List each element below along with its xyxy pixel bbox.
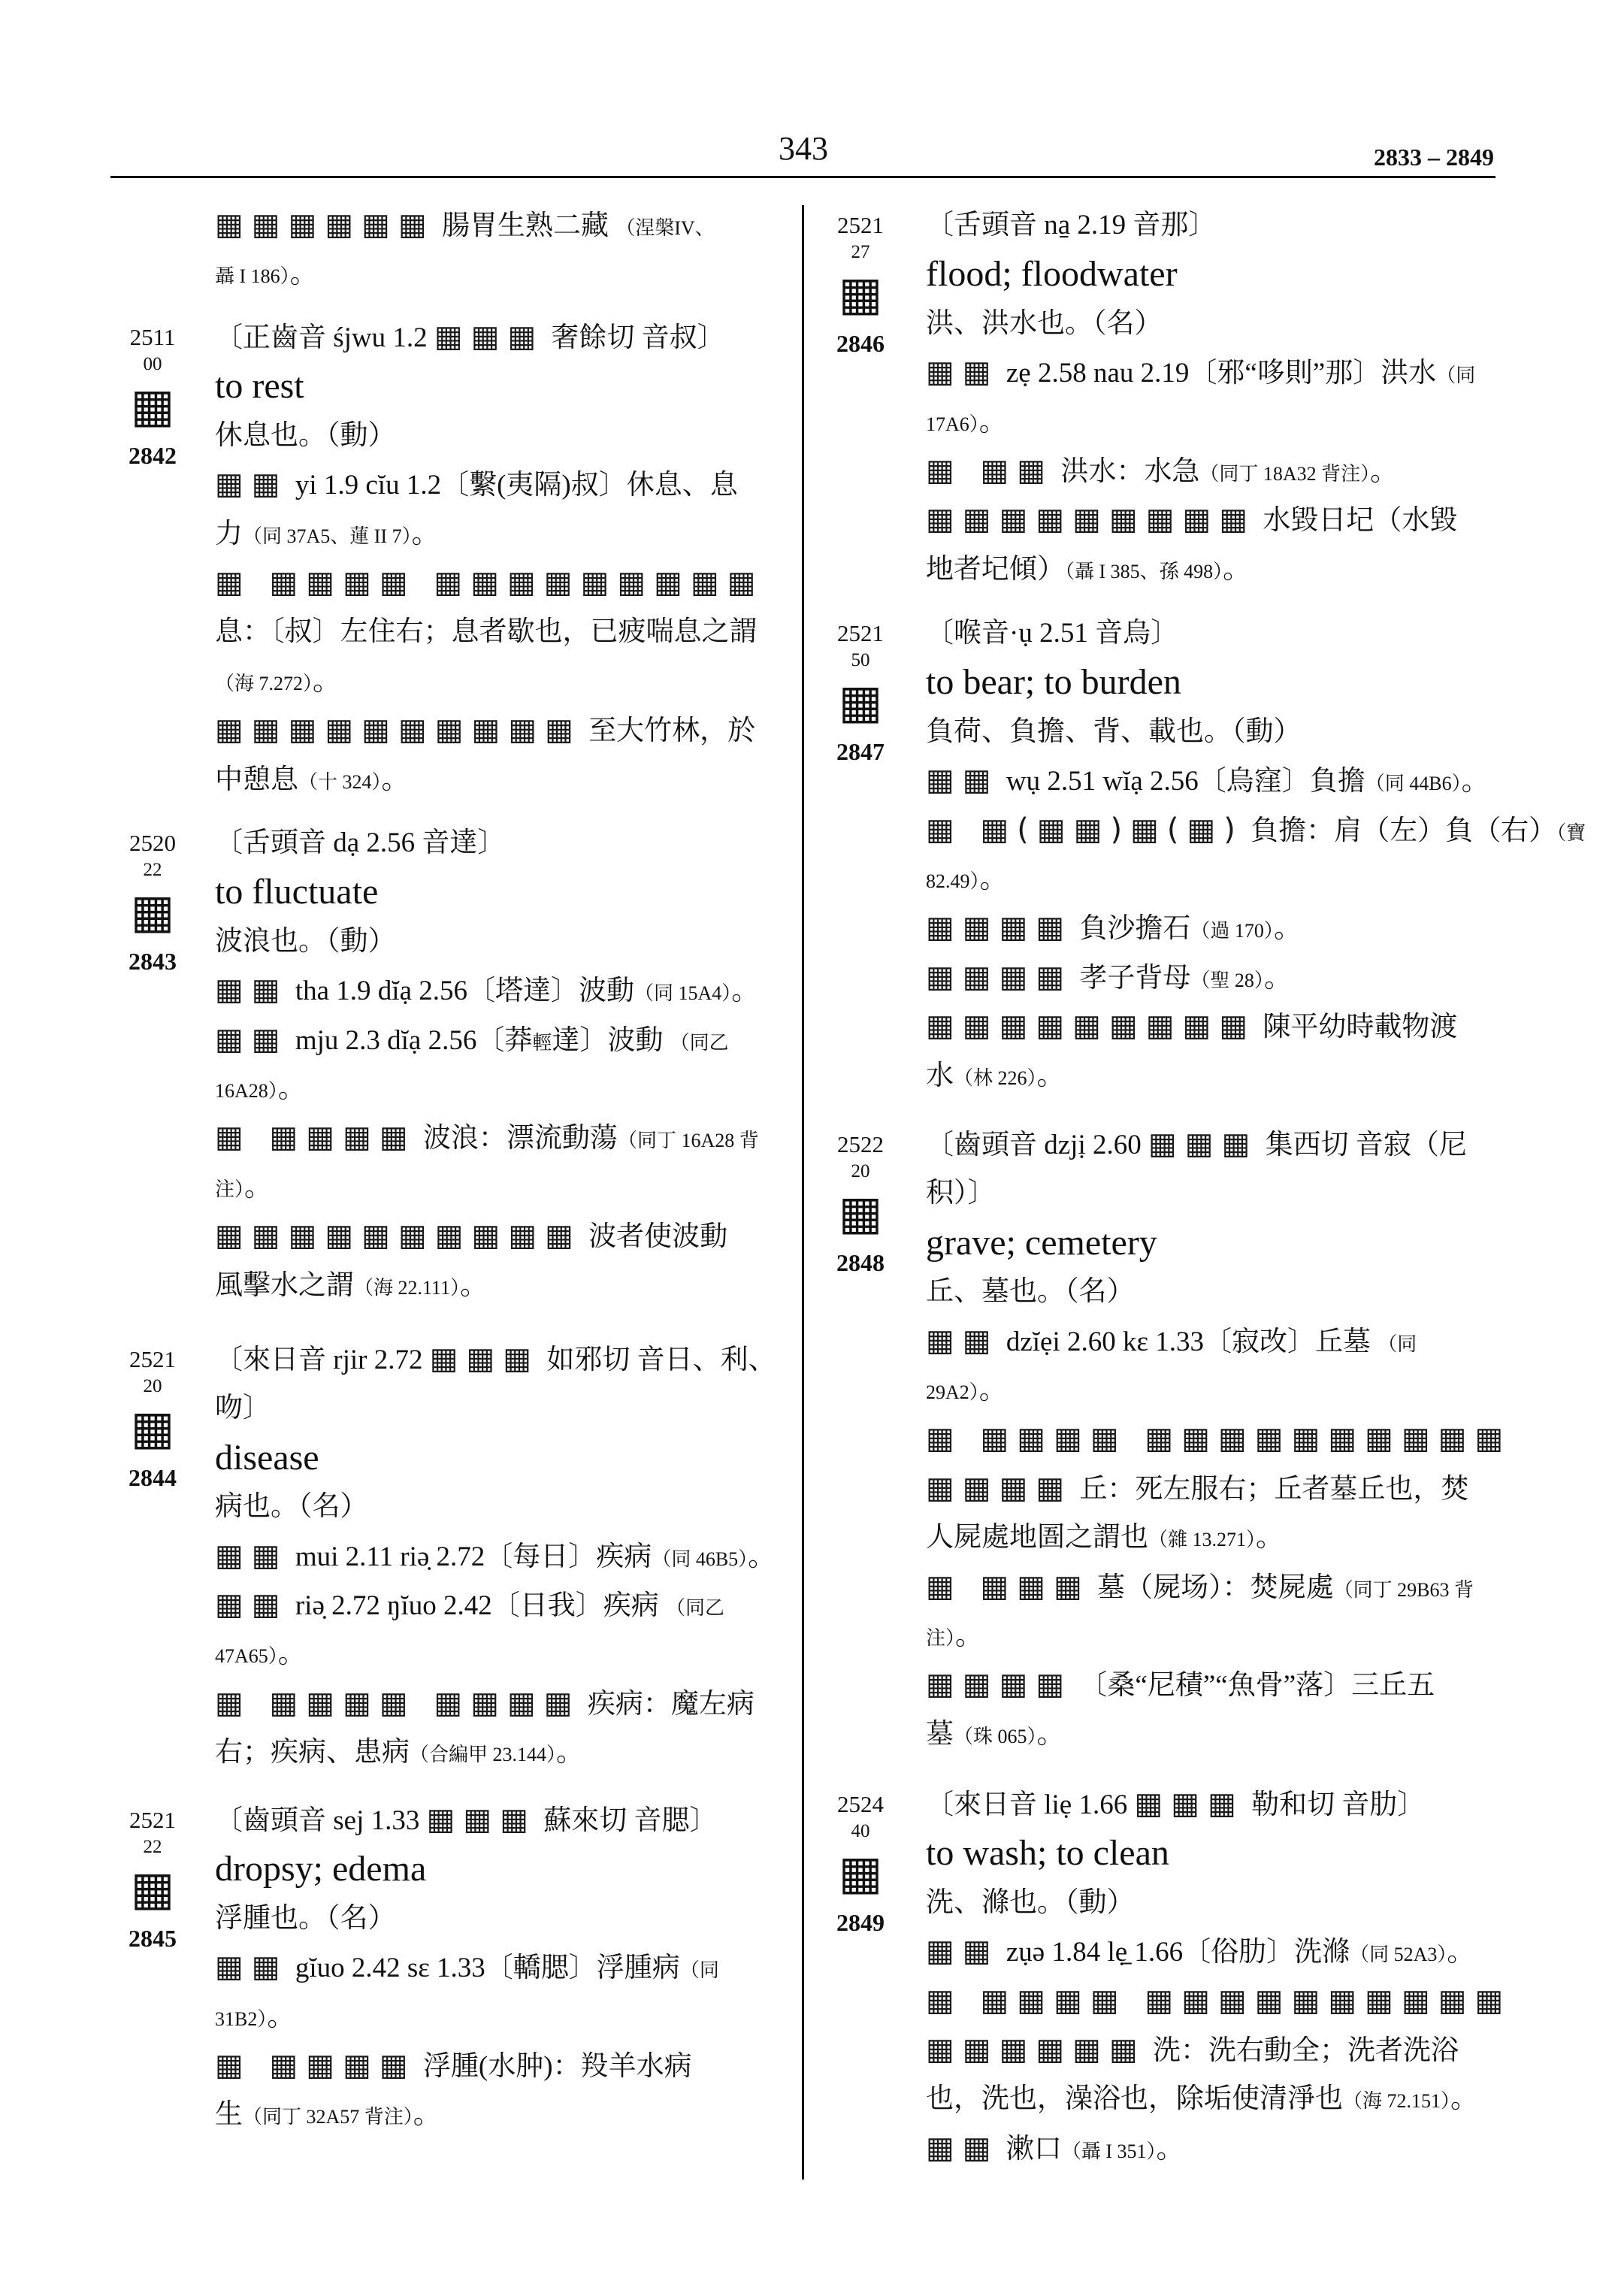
entry-line: ▦ ▦▦▦▦ ▦▦▦▦▦▦▦▦▦▦ bbox=[926, 1414, 1505, 1463]
chinese-text: 洪水：水急 bbox=[1054, 456, 1199, 487]
entry-line: 休息也。（動） bbox=[215, 411, 794, 460]
entry-margin: 2521 50 ▦ 2847 bbox=[823, 619, 898, 769]
tangut-text: ▦▦ bbox=[926, 2131, 1000, 2165]
entry-margin: 2521 20 ▦ 2844 bbox=[115, 1345, 190, 1495]
chinese-text: riə̣ 2.72 ŋĭuo 2.42〔日我〕疾病 bbox=[289, 1590, 666, 1621]
chinese-text: 至大竹林，於 bbox=[582, 715, 755, 746]
chinese-text: 力 bbox=[215, 519, 243, 549]
citation: 16A28） bbox=[215, 1080, 278, 1102]
entry-line: 〔正齒音 śjwu 1.2 ▦▦▦ 奢餘切 音叔〕 bbox=[215, 313, 794, 362]
chinese-text: 洪、洪水也。（名） bbox=[926, 308, 1163, 339]
chinese-text: 波者使波動 bbox=[582, 1221, 727, 1252]
chinese-text: dzĭẹi 2.60 kɛ 1.33〔寂改〕丘墓 bbox=[1000, 1327, 1378, 1357]
headword-glyph: ▦ bbox=[823, 1843, 898, 1903]
entry-line: ▦▦▦▦ 丘：死左服右；丘者墓丘也，焚 bbox=[926, 1464, 1505, 1513]
entry-margin: 2511 00 ▦ 2842 bbox=[115, 322, 190, 473]
entry-line: 〔喉音·ụ 2.51 音烏〕 bbox=[926, 609, 1505, 658]
citation: （雜 13.271） bbox=[1148, 1529, 1256, 1550]
dictionary-entry: 〔齒頭音 dzjị 2.60 ▦▦▦ 集西切 音寂（尼 积）〕 grave; c… bbox=[926, 1120, 1505, 1759]
citation: 17A6） bbox=[926, 413, 979, 435]
entry-line: ▦▦▦▦▦▦▦▦▦ 陳平幼時載物渡 bbox=[926, 1002, 1505, 1051]
entry-line: 波浪也。（動） bbox=[215, 917, 794, 966]
citation: 注） bbox=[926, 1627, 955, 1649]
tangut-text: ▦▦▦▦▦▦▦▦▦▦ bbox=[215, 712, 582, 747]
tangut-text: ▦▦ bbox=[215, 1587, 289, 1622]
entry-line: grave; cemetery bbox=[926, 1218, 1505, 1267]
tangut-text: ▦▦ bbox=[215, 1022, 289, 1057]
citation: 29A2） bbox=[926, 1381, 979, 1403]
entry-line: ▦▦▦▦▦▦▦▦▦ 水毀日圮（水毀 bbox=[926, 495, 1505, 544]
chinese-text: 休息也。（動） bbox=[215, 420, 396, 451]
tangut-text: ▦▦ bbox=[215, 1950, 289, 1984]
entry-line: to fluctuate bbox=[215, 867, 794, 916]
entry-number: 2849 bbox=[823, 1907, 898, 1938]
chinese-text: tha 1.9 dĭạ 2.56〔塔達〕波動 bbox=[289, 976, 634, 1006]
citation: （同 44B6） bbox=[1365, 773, 1462, 794]
english-gloss: dropsy; edema bbox=[215, 1849, 426, 1889]
tangut-text: ▦▦▦▦▦▦ bbox=[926, 2032, 1146, 2067]
tangut-text: ▦▦▦▦▦▦▦▦▦ bbox=[926, 1009, 1256, 1043]
chinese-text: 腸胃生熟二藏 bbox=[435, 210, 616, 241]
dictionary-entry: 〔來日音 rjir 2.72 ▦▦▦ 如邪切 音日、利、 吻〕 disease … bbox=[215, 1335, 794, 1777]
index-code: 2520 bbox=[115, 828, 190, 858]
entry-line: 浮腫也。（名） bbox=[215, 1894, 794, 1943]
chinese-text: 孝子背母 bbox=[1072, 963, 1190, 994]
chinese-text: 。 bbox=[1450, 2083, 1478, 2114]
chinese-text: 。 bbox=[731, 976, 759, 1006]
entry-line: 82.49）。 bbox=[926, 855, 1505, 903]
entry-line: 也，洗也，澡浴也，除垢使清淨也（海 72.151）。 bbox=[926, 2074, 1505, 2123]
entry-line: 29A2）。 bbox=[926, 1366, 1505, 1414]
entry-line: ▦▦▦▦▦▦▦▦▦▦ 波者使波動 bbox=[215, 1212, 794, 1260]
citation: （同丁 16A28 背 bbox=[618, 1130, 759, 1151]
headword-glyph: ▦ bbox=[115, 1398, 190, 1458]
entry-line: 人屍處地圄之謂也（雜 13.271）。 bbox=[926, 1513, 1505, 1562]
chinese-text: 地者圮傾） bbox=[926, 554, 1065, 585]
tangut-text: ▦▦▦ bbox=[430, 1342, 540, 1376]
citation: （過 170） bbox=[1190, 920, 1274, 942]
tangut-text: ▦ ▦▦▦▦ ▦▦▦▦▦▦▦▦▦▦ bbox=[926, 1421, 1511, 1456]
index-code: 2511 bbox=[115, 322, 190, 352]
chinese-text: 浮腫(水肿)：羖羊水病 bbox=[416, 2051, 692, 2082]
column-divider bbox=[802, 205, 804, 2180]
citation: （同乙 bbox=[666, 1597, 724, 1619]
tangut-text: ▦▦▦ bbox=[434, 319, 544, 354]
chinese-text: 息：〔叔〕左住右；息者歇也，已疲喘息之謂 bbox=[215, 616, 758, 647]
entry-line: ▦▦ yi 1.9 cĭu 1.2〔繫(夷隔)叔〕休息、息 bbox=[215, 460, 794, 509]
sub-code: 20 bbox=[115, 1375, 190, 1398]
entry-number: 2847 bbox=[823, 737, 898, 767]
entry-line: ▦▦▦▦▦▦▦▦▦▦ 至大竹林，於 bbox=[215, 706, 794, 755]
entry-line: ▦▦ wụ 2.51 wĭạ 2.56〔烏窪〕負擔（同 44B6）。 bbox=[926, 756, 1505, 805]
tangut-text: ▦▦▦ bbox=[1148, 1127, 1258, 1161]
chinese-text: 。 bbox=[979, 1375, 1007, 1405]
entry-line: 吻〕 bbox=[215, 1384, 794, 1432]
chinese-text: 。 bbox=[278, 1638, 306, 1669]
entry-line: 風擊水之謂（海 22.111）。 bbox=[215, 1261, 794, 1310]
chinese-text: 。 bbox=[1264, 963, 1292, 994]
chinese-text: 。 bbox=[1447, 1937, 1474, 1968]
english-gloss: disease bbox=[215, 1438, 319, 1478]
tangut-text: ▦▦ bbox=[926, 763, 1000, 797]
citation: （聶 I 385、孫 498） bbox=[1065, 561, 1223, 582]
citation: （合編甲 23.144） bbox=[410, 1744, 556, 1765]
headword-glyph: ▦ bbox=[823, 672, 898, 732]
entry-line: 31B2）。 bbox=[215, 1992, 794, 2041]
dictionary-entry: 〔齒頭音 sej 1.33 ▦▦▦ 蘇來切 音腮〕 dropsy; edema … bbox=[215, 1795, 794, 2140]
chinese-text: 漱口 bbox=[1000, 2134, 1062, 2165]
citation: （同 bbox=[1436, 365, 1475, 386]
english-gloss: grave; cemetery bbox=[926, 1223, 1157, 1263]
citation: （同丁 18A32 背注） bbox=[1199, 463, 1370, 485]
tangut-text: ▦▦ bbox=[215, 1538, 289, 1573]
sub-code: 22 bbox=[115, 859, 190, 882]
citation: （十 324） bbox=[298, 771, 382, 793]
chinese-text: 〔舌頭音 na̱ 2.19 音那〕 bbox=[926, 210, 1216, 241]
entry-line: 17A6）。 bbox=[926, 398, 1505, 446]
entry-line: 水（林 226）。 bbox=[926, 1051, 1505, 1100]
entry-margin: 2521 22 ▦ 2845 bbox=[115, 1805, 190, 1956]
entry-line: 〔來日音 liẹ 1.66 ▦▦▦ 勒和切 音肋〕 bbox=[926, 1780, 1505, 1829]
chinese-text: zẹ 2.58 nau 2.19〔邪“哆則”那〕洪水 bbox=[1000, 358, 1437, 389]
citation: （同丁 29B63 背 bbox=[1334, 1579, 1474, 1601]
chinese-text: 。 bbox=[556, 1737, 584, 1768]
tangut-text: ▦ ▦▦ bbox=[926, 453, 1054, 488]
entry-line: 16A28）。 bbox=[215, 1064, 794, 1113]
tangut-text: ▦ ▦▦▦ bbox=[926, 1569, 1090, 1604]
headword-glyph: ▦ bbox=[823, 264, 898, 324]
dictionary-entry: 〔舌頭音 dạ 2.56 音達〕 to fluctuate 波浪也。（動） ▦▦… bbox=[215, 818, 794, 1310]
headword-glyph: ▦ bbox=[115, 1859, 190, 1919]
citation: （同 52A3） bbox=[1350, 1944, 1447, 1965]
entry-line: to wash; to clean bbox=[926, 1829, 1505, 1877]
chinese-text: 丘、墓也。（名） bbox=[926, 1276, 1135, 1307]
entry-margin: 2524 40 ▦ 2849 bbox=[823, 1789, 898, 1940]
chinese-text: mju 2.3 dĭạ 2.56〔莽 bbox=[289, 1025, 533, 1056]
tangut-text: ▦▦▦▦ bbox=[926, 1471, 1072, 1505]
english-gloss: to fluctuate bbox=[215, 872, 378, 912]
chinese-text: 〔齒頭音 dzjị 2.60 bbox=[926, 1130, 1148, 1160]
entry-line: ▦▦▦▦ 〔桑“尼積”“魚骨”落〕三丘五 bbox=[926, 1660, 1505, 1709]
chinese-text: gĭuo 2.42 sɛ 1.33〔轎腮〕浮腫病 bbox=[289, 1953, 680, 1983]
dictionary-entry: 〔正齒音 śjwu 1.2 ▦▦▦ 奢餘切 音叔〕 to rest 休息也。（動… bbox=[215, 313, 794, 804]
chinese-text: zụə 1.84 lẹ̱ 1.66〔俗肋〕洗滌 bbox=[1000, 1937, 1350, 1968]
entry-range: 2833 – 2849 bbox=[1374, 145, 1494, 169]
chinese-text: 。 bbox=[748, 1541, 776, 1572]
index-code: 2521 bbox=[115, 1345, 190, 1375]
english-gloss: flood; floodwater bbox=[926, 254, 1178, 294]
english-gloss: to wash; to clean bbox=[926, 1833, 1169, 1873]
entry-line: 聶 I 186）。 bbox=[215, 250, 794, 298]
citation: （同 bbox=[1378, 1333, 1417, 1355]
entry-line: ▦ ▦▦ 洪水：水急（同丁 18A32 背注）。 bbox=[926, 446, 1505, 495]
entry-line: 丘、墓也。（名） bbox=[926, 1267, 1505, 1316]
chinese-text: 負擔：肩（左）負（右） bbox=[1244, 815, 1556, 846]
entry-line: 〔舌頭音 na̱ 2.19 音那〕 bbox=[926, 201, 1505, 250]
citation: （海 22.111） bbox=[354, 1277, 460, 1299]
citation: 47A65） bbox=[215, 1645, 278, 1667]
chinese-text: 。 bbox=[1274, 913, 1302, 944]
index-code: 2521 bbox=[823, 619, 898, 649]
dictionary-entry: 〔舌頭音 na̱ 2.19 音那〕 flood; floodwater 洪、洪水… bbox=[926, 201, 1505, 594]
chinese-text: 波浪：漂流動蕩 bbox=[416, 1123, 618, 1154]
chinese-text: 〔來日音 rjir 2.72 bbox=[215, 1345, 430, 1375]
chinese-text: 。 bbox=[278, 1073, 306, 1104]
index-code: 2521 bbox=[115, 1805, 190, 1835]
chinese-text: 。 bbox=[313, 666, 340, 697]
tangut-text: ▦▦▦▦ bbox=[926, 960, 1072, 994]
chinese-text: 〔齒頭音 sej 1.33 bbox=[215, 1805, 427, 1836]
entry-number: 2843 bbox=[115, 946, 190, 976]
entry-line: 力（同 37A5、蓮 II 7）。 bbox=[215, 510, 794, 558]
chinese-text: 。 bbox=[955, 1620, 983, 1651]
chinese-text: 疾病：魔左病 bbox=[581, 1689, 755, 1720]
chinese-text: 波浪也。（動） bbox=[215, 926, 396, 957]
chinese-text: 墓 bbox=[926, 1719, 954, 1750]
tangut-text: ▦▦ bbox=[926, 1934, 1000, 1968]
entry-line: ▦▦▦▦ 負沙擔石（過 170）。 bbox=[926, 903, 1505, 952]
entry-line: 〔齒頭音 dzjị 2.60 ▦▦▦ 集西切 音寂（尼 bbox=[926, 1120, 1505, 1169]
entry-line: flood; floodwater bbox=[926, 250, 1505, 298]
entry-line: to rest bbox=[215, 362, 794, 410]
chinese-text: 人屍處地圄之謂也 bbox=[926, 1522, 1148, 1553]
chinese-text: 。 bbox=[1223, 554, 1251, 585]
chinese-text: 右；疾病、患病 bbox=[215, 1737, 410, 1768]
chinese-text: 。 bbox=[980, 864, 1008, 894]
sub-code: 22 bbox=[115, 1836, 190, 1859]
entry-line: ▦ ▦▦▦▦ 波浪：漂流動蕩（同丁 16A28 背 bbox=[215, 1113, 794, 1162]
chinese-text: 〔喉音·ụ 2.51 音烏〕 bbox=[926, 618, 1178, 649]
entry-line: ▦▦ zẹ 2.58 nau 2.19〔邪“哆則”那〕洪水（同 bbox=[926, 348, 1505, 397]
entry-margin: 2522 20 ▦ 2848 bbox=[823, 1130, 898, 1280]
sub-code: 40 bbox=[823, 1820, 898, 1843]
tangut-text: ▦▦▦▦▦▦▦▦▦ bbox=[926, 502, 1256, 537]
tangut-text: ▦ ▦▦▦▦ ▦▦▦▦ bbox=[215, 1686, 581, 1720]
sub-code: 20 bbox=[823, 1160, 898, 1183]
chinese-text: 水 bbox=[926, 1060, 954, 1091]
chinese-text: wụ 2.51 wĭạ 2.56〔烏窪〕負擔 bbox=[1000, 766, 1365, 797]
continuation-block: ▦▦▦▦▦▦ 腸胃生熟二藏 （涅槃IV、 聶 I 186）。 bbox=[215, 201, 794, 299]
citation: （同丁 32A57 背注） bbox=[243, 2106, 413, 2128]
entry-line: 病也。（名） bbox=[215, 1482, 794, 1531]
chinese-text: 。 bbox=[1037, 1060, 1065, 1091]
chinese-text: 丘：死左服右；丘者墓丘也，焚 bbox=[1072, 1474, 1468, 1505]
chinese-text: 浮腫也。（名） bbox=[215, 1903, 396, 1934]
entry-line: ▦▦ riə̣ 2.72 ŋĭuo 2.42〔日我〕疾病 （同乙 bbox=[215, 1581, 794, 1629]
chinese-text: 達〕波動 bbox=[552, 1025, 670, 1056]
chinese-text: 。 bbox=[979, 407, 1007, 437]
chinese-text: 勒和切 音肋〕 bbox=[1244, 1789, 1426, 1820]
entry-line: 墓（珠 065）。 bbox=[926, 1710, 1505, 1759]
chinese-text: 陳平幼時載物渡 bbox=[1256, 1012, 1457, 1042]
tangut-text: ▦ ▦▦▦▦ ▦▦▦▦▦▦▦▦▦ bbox=[215, 565, 764, 600]
sub-code: 00 bbox=[115, 353, 190, 376]
citation: （聶 I 351） bbox=[1062, 2140, 1157, 2162]
tangut-text: ▦▦▦▦ bbox=[926, 910, 1072, 945]
tangut-text: ▦▦▦▦▦▦▦▦▦▦ bbox=[215, 1218, 582, 1253]
entry-line: 右；疾病、患病（合編甲 23.144）。 bbox=[215, 1728, 794, 1777]
chinese-text: 〔舌頭音 dạ 2.56 音達〕 bbox=[215, 827, 505, 858]
citation: （珠 065） bbox=[954, 1726, 1037, 1747]
chinese-text: 。 bbox=[1037, 1719, 1065, 1750]
citation: 31B2） bbox=[215, 2008, 267, 2030]
tangut-text: ▦▦▦ bbox=[1134, 1786, 1244, 1821]
citation: 聶 I 186） bbox=[215, 265, 290, 287]
chinese-text: 集西切 音寂（尼 bbox=[1258, 1130, 1467, 1160]
citation: （同 37A5、蓮 II 7） bbox=[243, 525, 412, 547]
tangut-text: ▦▦ bbox=[215, 973, 289, 1007]
entry-line: ▦ ▦▦▦ 墓（屍场）：焚屍處（同丁 29B63 背 bbox=[926, 1563, 1505, 1611]
chinese-text: 〔正齒音 śjwu 1.2 bbox=[215, 322, 434, 353]
page-number: 343 bbox=[728, 132, 879, 165]
entry-line: ▦▦ tha 1.9 dĭạ 2.56〔塔達〕波動（同 15A4）。 bbox=[215, 966, 794, 1015]
entry-line: ▦ ▦(▦▦)▦(▦) 負擔：肩（左）負（右）（寶 bbox=[926, 806, 1505, 855]
chinese-text: 。 bbox=[1157, 2134, 1184, 2165]
entry-line: 洪、洪水也。（名） bbox=[926, 299, 1505, 348]
chinese-text: 。 bbox=[1462, 766, 1489, 797]
citation: （聖 28） bbox=[1190, 970, 1264, 991]
entry-line: ▦▦▦▦▦▦ 洗：洗右動全；洗者洗浴 bbox=[926, 2025, 1505, 2074]
chinese-text: 如邪切 音日、利、 bbox=[540, 1345, 776, 1375]
entry-number: 2846 bbox=[823, 328, 898, 358]
entry-number: 2842 bbox=[115, 440, 190, 470]
chinese-text: 墓（屍场）：焚屍處 bbox=[1090, 1572, 1334, 1603]
chinese-text: 〔來日音 liẹ 1.66 bbox=[926, 1789, 1134, 1820]
tangut-text: ▦ ▦▦▦▦ bbox=[215, 2048, 416, 2083]
citation: 注） bbox=[215, 1178, 244, 1200]
citation: （同 bbox=[680, 1959, 719, 1981]
entry-line: ▦▦ mju 2.3 dĭạ 2.56〔莽輕達〕波動 （同乙 bbox=[215, 1015, 794, 1064]
entry-line: 〔舌頭音 dạ 2.56 音達〕 bbox=[215, 818, 794, 867]
entry-line: ▦ ▦▦▦▦ ▦▦▦▦▦▦▦▦▦▦ bbox=[926, 1977, 1505, 2025]
tangut-text: ▦ ▦(▦▦)▦(▦) bbox=[926, 812, 1244, 847]
entry-line: 洗、滌也。（動） bbox=[926, 1878, 1505, 1927]
entry-line: ▦ ▦▦▦▦ ▦▦▦▦▦▦▦▦▦ bbox=[215, 558, 794, 607]
tangut-text: ▦▦▦▦▦▦ bbox=[215, 207, 435, 242]
chinese-text: 奢餘切 音叔〕 bbox=[544, 322, 725, 353]
header-rule bbox=[110, 176, 1495, 178]
citation: （涅槃IV、 bbox=[615, 217, 714, 239]
citation: （海 72.151） bbox=[1343, 2090, 1450, 2112]
entry-line: （海 7.272）。 bbox=[215, 657, 794, 706]
chinese-text: yi 1.9 cĭu 1.2〔繫(夷隔)叔〕休息、息 bbox=[289, 470, 738, 501]
entry-line: 生（同丁 32A57 背注）。 bbox=[215, 2090, 794, 2139]
citation: （同 46B5） bbox=[652, 1548, 748, 1570]
tangut-text: ▦ ▦▦▦▦ bbox=[215, 1120, 416, 1154]
entry-line: ▦▦ gĭuo 2.42 sɛ 1.33〔轎腮〕浮腫病（同 bbox=[215, 1943, 794, 1992]
chinese-text: 。 bbox=[244, 1172, 272, 1203]
chinese-text: 病也。（名） bbox=[215, 1491, 368, 1522]
citation: （海 7.272） bbox=[215, 673, 313, 694]
entry-line: ▦▦ dzĭẹi 2.60 kɛ 1.33〔寂改〕丘墓 （同 bbox=[926, 1317, 1505, 1366]
citation: （同 15A4） bbox=[634, 982, 731, 1004]
chinese-text: 〔桑“尼積”“魚骨”落〕三丘五 bbox=[1072, 1670, 1435, 1701]
dictionary-entry: 〔來日音 liẹ 1.66 ▦▦▦ 勒和切 音肋〕 to wash; to cl… bbox=[926, 1780, 1505, 2173]
entry-number: 2845 bbox=[115, 1923, 190, 1953]
chinese-text: 也，洗也，澡浴也，除垢使清淨也 bbox=[926, 2083, 1343, 2114]
index-code: 2521 bbox=[823, 210, 898, 241]
chinese-text: 蘇來切 音腮〕 bbox=[537, 1805, 718, 1836]
entry-line: to bear; to burden bbox=[926, 658, 1505, 706]
tangut-text: ▦ ▦▦▦▦ ▦▦▦▦▦▦▦▦▦▦ bbox=[926, 1983, 1511, 2018]
tangut-text: ▦▦ bbox=[926, 355, 1000, 389]
entry-line: ▦ ▦▦▦▦ 浮腫(水肿)：羖羊水病 bbox=[215, 2041, 794, 2090]
headword-glyph: ▦ bbox=[115, 882, 190, 942]
entry-margin: 2520 22 ▦ 2843 bbox=[115, 828, 190, 979]
dictionary-entry: 〔喉音·ụ 2.51 音烏〕 to bear; to burden 負荷、負擔、… bbox=[926, 609, 1505, 1100]
index-code: 2524 bbox=[823, 1789, 898, 1820]
entry-line: 积）〕 bbox=[926, 1169, 1505, 1218]
citation: 輕 bbox=[532, 1032, 552, 1054]
english-gloss: to bear; to burden bbox=[926, 662, 1181, 702]
chinese-text: 。 bbox=[382, 764, 410, 795]
chinese-text: 。 bbox=[267, 2001, 295, 2032]
entry-line: ▦▦ mui 2.11 riə̣ 2.72〔每日〕疾病（同 46B5）。 bbox=[215, 1532, 794, 1581]
chinese-text: 。 bbox=[290, 259, 318, 289]
entry-number: 2848 bbox=[823, 1248, 898, 1278]
entry-line: ▦ ▦▦▦▦ ▦▦▦▦ 疾病：魔左病 bbox=[215, 1679, 794, 1728]
chinese-text: 負荷、負擔、背、載也。（動） bbox=[926, 716, 1302, 747]
entry-line: disease bbox=[215, 1433, 794, 1482]
entry-line: 中憩息（十 324）。 bbox=[215, 755, 794, 804]
entry-line: 〔齒頭音 sej 1.33 ▦▦▦ 蘇來切 音腮〕 bbox=[215, 1795, 794, 1844]
chinese-text: 水毀日圮（水毀 bbox=[1256, 505, 1457, 536]
headword-glyph: ▦ bbox=[823, 1183, 898, 1243]
tangut-text: ▦▦ bbox=[926, 1324, 1000, 1358]
chinese-text: 吻〕 bbox=[215, 1393, 271, 1423]
citation: （寶 bbox=[1556, 822, 1586, 844]
entry-line: 負荷、負擔、背、載也。（動） bbox=[926, 707, 1505, 756]
entry-line: ▦▦▦▦▦▦ 腸胃生熟二藏 （涅槃IV、 bbox=[215, 201, 794, 250]
sub-code: 50 bbox=[823, 649, 898, 672]
headword-glyph: ▦ bbox=[115, 376, 190, 436]
chinese-text: 积）〕 bbox=[926, 1178, 996, 1209]
chinese-text: 負沙擔石 bbox=[1072, 913, 1190, 944]
chinese-text: 。 bbox=[1256, 1522, 1284, 1553]
entry-line: ▦▦▦▦ 孝子背母（聖 28）。 bbox=[926, 953, 1505, 1002]
index-code: 2522 bbox=[823, 1130, 898, 1160]
chinese-text: 。 bbox=[460, 1270, 488, 1301]
chinese-text: 洗：洗右動全；洗者洗浴 bbox=[1146, 2035, 1459, 2066]
sub-code: 27 bbox=[823, 241, 898, 264]
citation: （林 226） bbox=[954, 1067, 1037, 1089]
entry-line: 地者圮傾）（聶 I 385、孫 498）。 bbox=[926, 545, 1505, 594]
chinese-text: 生 bbox=[215, 2099, 243, 2130]
tangut-text: ▦▦▦ bbox=[427, 1802, 537, 1837]
entry-line: 注）。 bbox=[926, 1611, 1505, 1660]
chinese-text: 洗、滌也。（動） bbox=[926, 1887, 1135, 1918]
entry-line: ▦▦ 漱口（聶 I 351）。 bbox=[926, 2124, 1505, 2173]
english-gloss: to rest bbox=[215, 366, 304, 406]
chinese-text: 。 bbox=[1370, 456, 1398, 487]
chinese-text: mui 2.11 riə̣ 2.72〔每日〕疾病 bbox=[289, 1541, 652, 1572]
entry-margin: 2521 27 ▦ 2846 bbox=[823, 210, 898, 361]
chinese-text: 中憩息 bbox=[215, 764, 298, 795]
entry-line: dropsy; edema bbox=[215, 1844, 794, 1893]
entry-line: 47A65）。 bbox=[215, 1629, 794, 1678]
chinese-text: 風擊水之謂 bbox=[215, 1270, 354, 1301]
tangut-text: ▦▦ bbox=[215, 467, 289, 501]
chinese-text: 。 bbox=[412, 519, 440, 549]
entry-line: ▦▦ zụə 1.84 lẹ̱ 1.66〔俗肋〕洗滌（同 52A3）。 bbox=[926, 1927, 1505, 1976]
entry-line: 息：〔叔〕左住右；息者歇也，已疲喘息之謂 bbox=[215, 607, 794, 656]
entry-line: 〔來日音 rjir 2.72 ▦▦▦ 如邪切 音日、利、 bbox=[215, 1335, 794, 1384]
chinese-text: 。 bbox=[413, 2099, 441, 2130]
tangut-text: ▦▦▦▦ bbox=[926, 1667, 1072, 1702]
entry-line: 注）。 bbox=[215, 1163, 794, 1212]
entry-number: 2844 bbox=[115, 1463, 190, 1493]
citation: （同乙 bbox=[670, 1032, 729, 1054]
